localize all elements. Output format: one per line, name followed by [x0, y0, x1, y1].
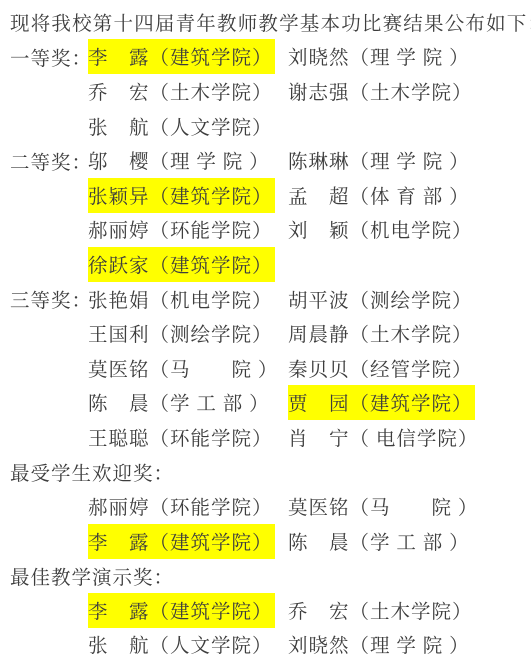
left-column-slot: 徐跃家（建筑学院）	[88, 247, 288, 282]
awardee-entry: 刘 颖（机电学院）	[288, 212, 475, 247]
right-column-slot: 莫医铭（马 院 ）	[288, 489, 480, 524]
awardee-entry: 张 航（人文学院）	[88, 627, 275, 660]
left-column-slot: 王国利（测绘学院）	[88, 316, 288, 351]
right-column-slot: 乔 宏（土木学院）	[288, 593, 475, 628]
award-entry-line: 郝丽婷（环能学院）刘 颖（机电学院）	[10, 213, 531, 248]
award-category-line: 最受学生欢迎奖：	[10, 455, 531, 490]
left-column-slot: 张艳娟（机电学院）	[88, 282, 288, 317]
awardee-entry: 乔 宏（土木学院）	[288, 593, 475, 628]
awardee-entry: 秦贝贝（经管学院）	[288, 351, 475, 386]
right-column-slot: 肖 宁（ 电信学院）	[288, 420, 480, 455]
awardee-entry: 乔 宏（土木学院）	[88, 74, 275, 109]
left-column-slot: 莫医铭（马 院 ）	[88, 351, 288, 386]
left-column-slot: 张 航（人文学院）	[88, 627, 288, 660]
right-column-slot: 谢志强（土木学院）	[288, 74, 475, 109]
document-title-line: 现将我校第十四届青年教师教学基本功比赛结果公布如下：	[10, 5, 531, 40]
award-rank-label: 三等奖：	[10, 285, 88, 313]
right-column-slot: 刘晓然（理 学 院 ）	[288, 627, 472, 660]
awardee-entry-highlighted: 贾 园（建筑学院）	[288, 385, 475, 420]
awardee-entry-highlighted: 李 露（建筑学院）	[88, 39, 275, 74]
right-column-slot: 孟 超（体 育 部 ）	[288, 178, 472, 213]
awardee-entry: 王聪聪（环能学院）	[88, 420, 275, 455]
award-category-label: 最受学生欢迎奖：	[10, 458, 174, 486]
award-entry-line: 徐跃家（建筑学院）	[10, 247, 531, 282]
award-entry-line: 乔 宏（土木学院）谢志强（土木学院）	[10, 74, 531, 109]
award-entry-line: 二等奖：邬 樱（理 学 院 ）陈琳琳（理 学 院 ）	[10, 143, 531, 178]
awardee-entry: 肖 宁（ 电信学院）	[288, 420, 480, 455]
award-rank-label: 一等奖：	[10, 43, 88, 71]
award-entry-line: 三等奖：张艳娟（机电学院）胡平波（测绘学院）	[10, 282, 531, 317]
awardee-entry: 莫医铭（马 院 ）	[288, 489, 480, 524]
awardee-entry: 郝丽婷（环能学院）	[88, 489, 275, 524]
awardee-entry-highlighted: 徐跃家（建筑学院）	[88, 247, 275, 282]
left-column-slot: 邬 樱（理 学 院 ）	[88, 143, 288, 178]
right-column-slot: 秦贝贝（经管学院）	[288, 351, 475, 386]
award-results-list: 一等奖：李 露（建筑学院）刘晓然（理 学 院 ）乔 宏（土木学院）谢志强（土木学…	[10, 40, 531, 660]
document-title: 现将我校第十四届青年教师教学基本功比赛结果公布如下：	[10, 8, 531, 36]
awardee-entry: 郝丽婷（环能学院）	[88, 212, 275, 247]
awardee-entry-highlighted: 张颖异（建筑学院）	[88, 178, 275, 213]
awardee-entry: 张艳娟（机电学院）	[88, 282, 275, 317]
award-entry-line: 张 航（人文学院）刘晓然（理 学 院 ）	[10, 628, 531, 660]
award-entry-line: 郝丽婷（环能学院）莫医铭（马 院 ）	[10, 489, 531, 524]
award-entry-line: 张 航（人文学院）	[10, 109, 531, 144]
right-column-slot: 周晨静（土木学院）	[288, 316, 475, 351]
right-column-slot: 贾 园（建筑学院）	[288, 385, 475, 420]
right-column-slot: 陈琳琳（理 学 院 ）	[288, 143, 472, 178]
award-entry-line: 陈 晨（学 工 部 ）贾 园（建筑学院）	[10, 386, 531, 421]
award-category-line: 最佳教学演示奖：	[10, 559, 531, 594]
awardee-entry: 刘晓然（理 学 院 ）	[288, 627, 472, 660]
left-column-slot: 李 露（建筑学院）	[88, 593, 288, 628]
left-column-slot: 李 露（建筑学院）	[88, 524, 288, 559]
awardee-entry: 陈 晨（学 工 部 ）	[288, 524, 472, 559]
awardee-entry-highlighted: 李 露（建筑学院）	[88, 593, 275, 628]
left-column-slot: 李 露（建筑学院）	[88, 39, 288, 74]
award-category-label: 最佳教学演示奖：	[10, 562, 174, 590]
awardee-entry: 周晨静（土木学院）	[288, 316, 475, 351]
award-entry-line: 一等奖：李 露（建筑学院）刘晓然（理 学 院 ）	[10, 40, 531, 75]
awardee-entry: 张 航（人文学院）	[88, 109, 275, 144]
right-column-slot: 刘 颖（机电学院）	[288, 212, 475, 247]
awardee-entry: 谢志强（土木学院）	[288, 74, 475, 109]
awardee-entry: 王国利（测绘学院）	[88, 316, 275, 351]
awardee-entry: 刘晓然（理 学 院 ）	[288, 39, 472, 74]
awardee-entry: 孟 超（体 育 部 ）	[288, 178, 472, 213]
award-entry-line: 王国利（测绘学院）周晨静（土木学院）	[10, 316, 531, 351]
left-column-slot: 郝丽婷（环能学院）	[88, 212, 288, 247]
left-column-slot: 郝丽婷（环能学院）	[88, 489, 288, 524]
awardee-entry: 陈 晨（学 工 部 ）	[88, 385, 272, 420]
award-entry-line: 莫医铭（马 院 ）秦贝贝（经管学院）	[10, 351, 531, 386]
award-entry-line: 王聪聪（环能学院）肖 宁（ 电信学院）	[10, 420, 531, 455]
award-rank-label: 二等奖：	[10, 147, 88, 175]
awardee-entry: 胡平波（测绘学院）	[288, 282, 475, 317]
left-column-slot: 陈 晨（学 工 部 ）	[88, 385, 288, 420]
award-entry-line: 李 露（建筑学院）陈 晨（学 工 部 ）	[10, 524, 531, 559]
awardee-entry: 莫医铭（马 院 ）	[88, 351, 280, 386]
right-column-slot: 陈 晨（学 工 部 ）	[288, 524, 472, 559]
left-column-slot: 王聪聪（环能学院）	[88, 420, 288, 455]
right-column-slot: 刘晓然（理 学 院 ）	[288, 39, 472, 74]
document-page: 现将我校第十四届青年教师教学基本功比赛结果公布如下： 一等奖：李 露（建筑学院）…	[0, 0, 531, 660]
award-entry-line: 张颖异（建筑学院）孟 超（体 育 部 ）	[10, 178, 531, 213]
right-column-slot: 胡平波（测绘学院）	[288, 282, 475, 317]
left-column-slot: 张颖异（建筑学院）	[88, 178, 288, 213]
awardee-entry-highlighted: 李 露（建筑学院）	[88, 524, 275, 559]
left-column-slot: 张 航（人文学院）	[88, 109, 288, 144]
award-entry-line: 李 露（建筑学院）乔 宏（土木学院）	[10, 593, 531, 628]
awardee-entry: 陈琳琳（理 学 院 ）	[288, 143, 472, 178]
awardee-entry: 邬 樱（理 学 院 ）	[88, 143, 272, 178]
left-column-slot: 乔 宏（土木学院）	[88, 74, 288, 109]
